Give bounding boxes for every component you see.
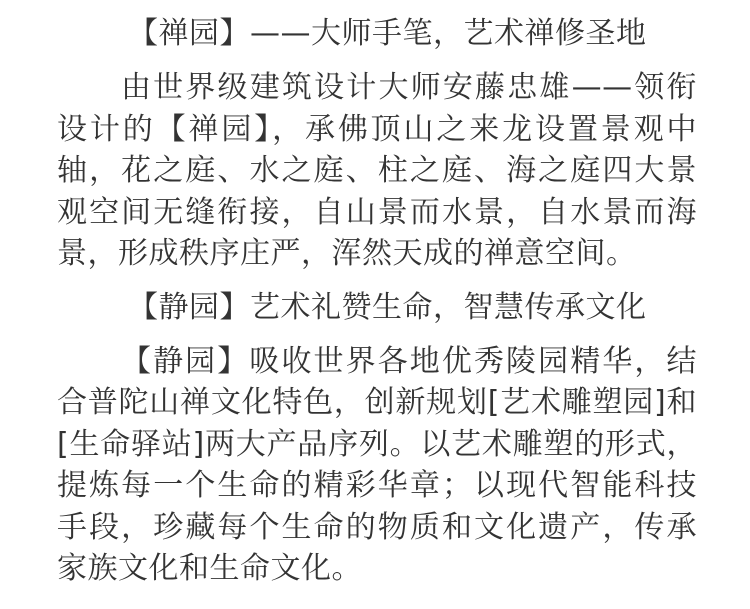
section-heading-chanyuan: 【禅园】——大师手笔，艺术禅修圣地	[57, 13, 697, 54]
article: 【禅园】——大师手笔，艺术禅修圣地 由世界级建筑设计大师安藤忠雄——领衔设计的【…	[57, 0, 697, 590]
section-body-chanyuan: 由世界级建筑设计大师安藤忠雄——领衔设计的【禅园】，承佛顶山之来龙设置景观中轴，…	[57, 67, 697, 275]
section-heading-jingyuan: 【静园】艺术礼赞生命，智慧传承文化	[57, 287, 697, 328]
section-body-jingyuan: 【静园】吸收世界各地优秀陵园精华，结合普陀山禅文化特色，创新规划[艺术雕塑园]和…	[57, 341, 697, 590]
